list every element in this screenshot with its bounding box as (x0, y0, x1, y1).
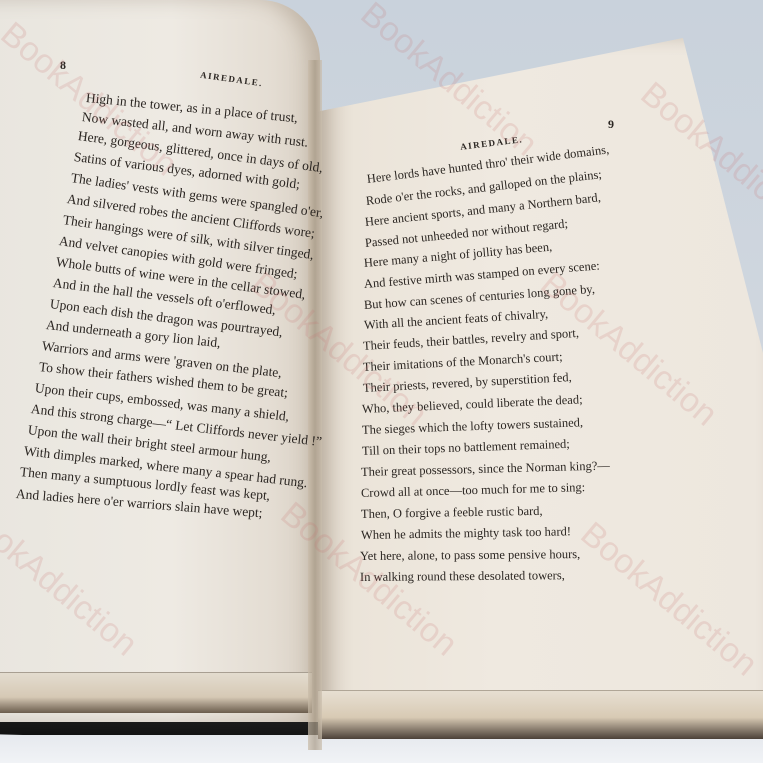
left-page-edge (0, 672, 312, 713)
poem-line: Then, O forgive a feeble rustic bard, (361, 504, 543, 522)
right-page-number: 9 (608, 117, 614, 132)
poem-line: Yet here, alone, to pass some pensive ho… (360, 547, 580, 564)
left-page-number: 8 (60, 58, 66, 73)
right-page-edge (318, 690, 763, 739)
table-surface (0, 735, 763, 763)
poem-line: In walking round these desolated towers, (360, 568, 565, 585)
book-photo: 8 AIREDALE. High in the tower, as in a p… (0, 0, 763, 763)
